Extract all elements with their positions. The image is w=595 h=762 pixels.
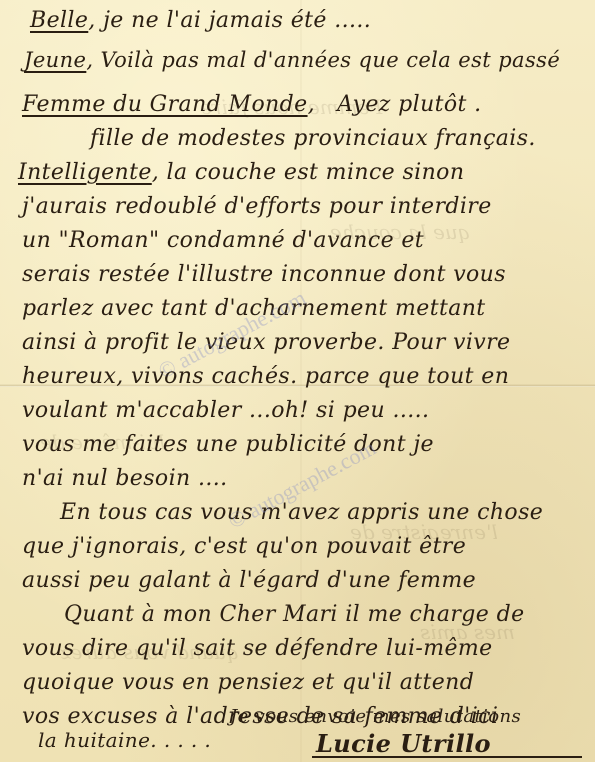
letter-line-19: vous dire qu'il sait se défendre lui-mêm… [22, 638, 493, 660]
underlined-femme-du-grand-monde: Femme du Grand Monde [22, 92, 308, 117]
letter-line-6: j'aurais redoublé d'efforts pour interdi… [22, 196, 492, 218]
letter-line-15: En tous cas vous m'avez appris une chose [60, 502, 543, 524]
letter-line-13: vous me faites une publicité dont je [22, 434, 434, 456]
letter-line-20: quoique vous en pensiez et qu'il attend [22, 672, 474, 694]
letter-line-4: fille de modestes provinciaux français. [90, 128, 536, 150]
underlined-intelligente: Intelligente [18, 160, 152, 185]
letter-line-9: parlez avec tant d'acharnement mettant [22, 298, 486, 320]
line-1-rest: , je ne l'ai jamais été ..... [88, 8, 371, 33]
letter-line-17: aussi peu galant à l'égard d'une femme [22, 570, 476, 592]
letter-line-11: heureux, vivons cachés. parce que tout e… [22, 366, 509, 388]
letter-line-16: que j'ignorais, c'est qu'on pouvait être [22, 536, 466, 558]
letter-line-18: Quant à mon Cher Mari il me charge de [64, 604, 524, 626]
line-3-rest: , Ayez plutôt . [308, 92, 482, 117]
letter-line-10: ainsi à profit le vieux proverbe. Pour v… [22, 332, 510, 354]
letter-line-3: Femme du Grand Monde, Ayez plutôt . [22, 94, 482, 116]
signature: Lucie Utrillo [316, 732, 491, 756]
underlined-belle: Belle [30, 8, 88, 33]
underlined-jeune: Jeune [24, 48, 86, 72]
letter-line-5: Intelligente, la couche est mince sinon [18, 162, 464, 184]
signature-underline [312, 756, 582, 758]
letter-body: Belle, je ne l'ai jamais été ..... Jeune… [0, 0, 595, 762]
line-5-rest: , la couche est mince sinon [152, 160, 465, 185]
letter-line-7: un "Roman" condamné d'avance et [22, 230, 424, 252]
letter-line-8: serais restée l'illustre inconnue dont v… [22, 264, 506, 286]
letter-line-22: la huitaine. . . . . [38, 730, 211, 750]
letter-line-12: voulant m'accabler ...oh! si peu ..... [22, 400, 429, 422]
letter-line-1: Belle, je ne l'ai jamais été ..... [30, 10, 371, 32]
line-2-rest: , Voilà pas mal d'années que cela est pa… [86, 48, 560, 72]
letter-line-2: Jeune, Voilà pas mal d'années que cela e… [24, 50, 560, 71]
letter-line-14: n'ai nul besoin .... [22, 468, 228, 490]
closing-salutation: Je vous envoie mes salutations [230, 708, 521, 726]
